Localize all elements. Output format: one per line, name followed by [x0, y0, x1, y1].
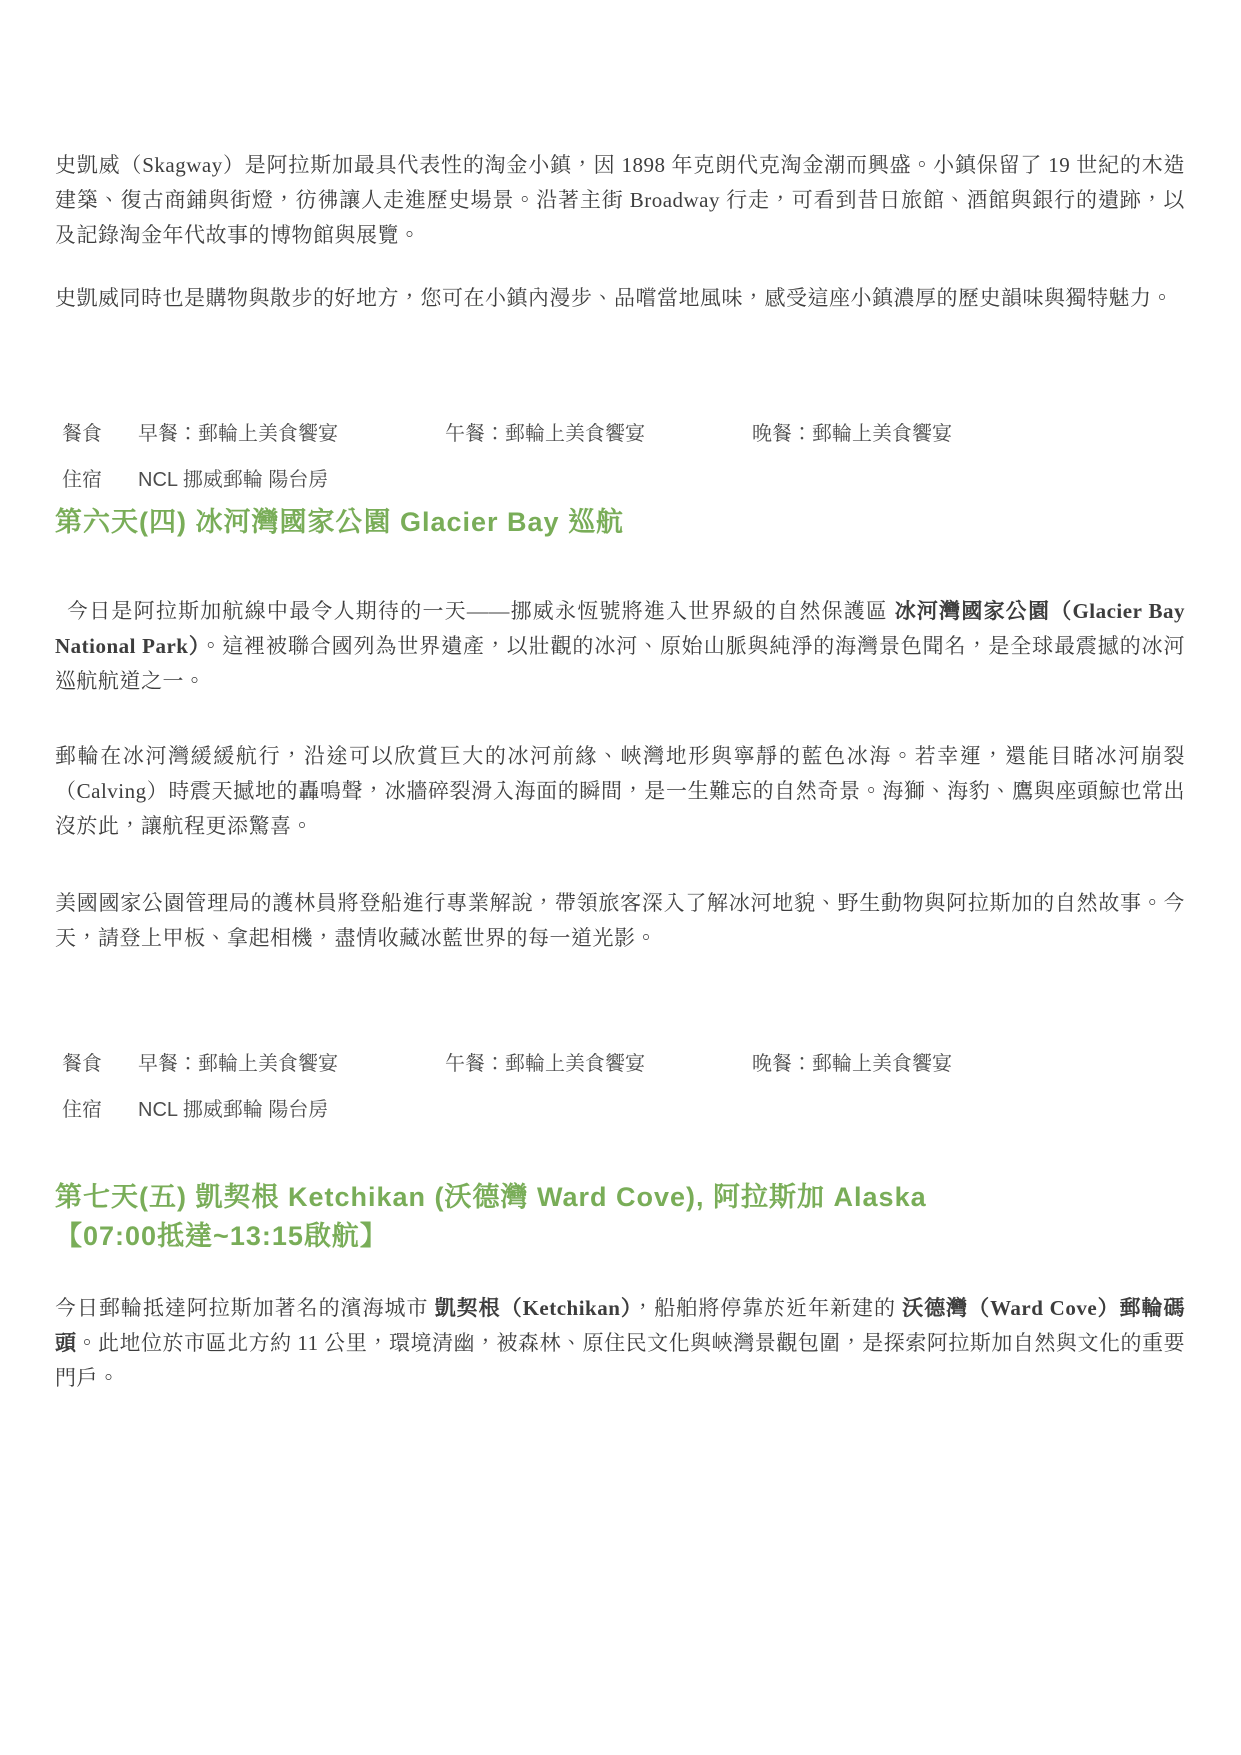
meal-label: 餐食: [62, 417, 138, 446]
lunch-cell: 午餐：郵輪上美食饗宴: [445, 1047, 752, 1076]
stay-row: 住宿 NCL 挪威郵輪 陽台房: [62, 1084, 1185, 1130]
stay-label: 住宿: [62, 1093, 138, 1122]
meal-stay-table-day6: 餐食 早餐：郵輪上美食饗宴 午餐：郵輪上美食饗宴 晚餐：郵輪上美食饗宴 住宿 N…: [62, 1038, 1185, 1130]
meal-label: 餐食: [62, 1047, 138, 1076]
breakfast-cell: 早餐：郵輪上美食饗宴: [138, 1047, 445, 1076]
day6-paragraph-2: 郵輪在冰河灣緩緩航行，沿途可以欣賞巨大的冰河前緣、峽灣地形與寧靜的藍色冰海。若幸…: [55, 739, 1185, 844]
day6-heading: 第六天(四) 冰河灣國家公園 Glacier Bay 巡航: [55, 500, 1185, 539]
day7-heading-line1: 第七天(五) 凱契根 Ketchikan (沃德灣 Ward Cove), 阿拉…: [55, 1175, 1185, 1214]
skagway-paragraph-2: 史凱威同時也是購物與散步的好地方，您可在小鎮內漫步、品嚐當地風味，感受這座小鎮濃…: [55, 281, 1185, 316]
dinner-cell: 晚餐：郵輪上美食饗宴: [752, 417, 1059, 446]
stay-cell: NCL 挪威郵輪 陽台房: [138, 1093, 1059, 1122]
day6-paragraph-3: 美國國家公園管理局的護林員將登船進行專業解說，帶領旅客深入了解冰河地貌、野生動物…: [55, 886, 1185, 956]
dinner-cell: 晚餐：郵輪上美食饗宴: [752, 1047, 1059, 1076]
lunch-cell: 午餐：郵輪上美食饗宴: [445, 417, 752, 446]
itinerary-document-page: 史凱威（Skagway）是阿拉斯加最具代表性的淘金小鎮，因 1898 年克朗代克…: [0, 0, 1241, 1755]
stay-label: 住宿: [62, 463, 138, 492]
day7-paragraph-1: 今日郵輪抵達阿拉斯加著名的濱海城市 凱契根（Ketchikan），船舶將停靠於近…: [55, 1291, 1185, 1396]
day6-paragraph-1: 今日是阿拉斯加航線中最令人期待的一天——挪威永恆號將進入世界級的自然保護區 冰河…: [55, 594, 1185, 699]
meal-stay-table-day5: 餐食 早餐：郵輪上美食饗宴 午餐：郵輪上美食饗宴 晚餐：郵輪上美食饗宴 住宿 N…: [62, 408, 1185, 500]
skagway-paragraph-1: 史凱威（Skagway）是阿拉斯加最具代表性的淘金小鎮，因 1898 年克朗代克…: [55, 148, 1185, 253]
meal-row: 餐食 早餐：郵輪上美食饗宴 午餐：郵輪上美食饗宴 晚餐：郵輪上美食饗宴: [62, 408, 1185, 454]
stay-row: 住宿 NCL 挪威郵輪 陽台房: [62, 454, 1185, 500]
day7-heading-block: 第七天(五) 凱契根 Ketchikan (沃德灣 Ward Cove), 阿拉…: [55, 1175, 1185, 1253]
stay-cell: NCL 挪威郵輪 陽台房: [138, 463, 1059, 492]
breakfast-cell: 早餐：郵輪上美食饗宴: [138, 417, 445, 446]
day7-heading-line2: 【07:00抵達~13:15啟航】: [55, 1214, 1185, 1253]
meal-row: 餐食 早餐：郵輪上美食饗宴 午餐：郵輪上美食饗宴 晚餐：郵輪上美食饗宴: [62, 1038, 1185, 1084]
